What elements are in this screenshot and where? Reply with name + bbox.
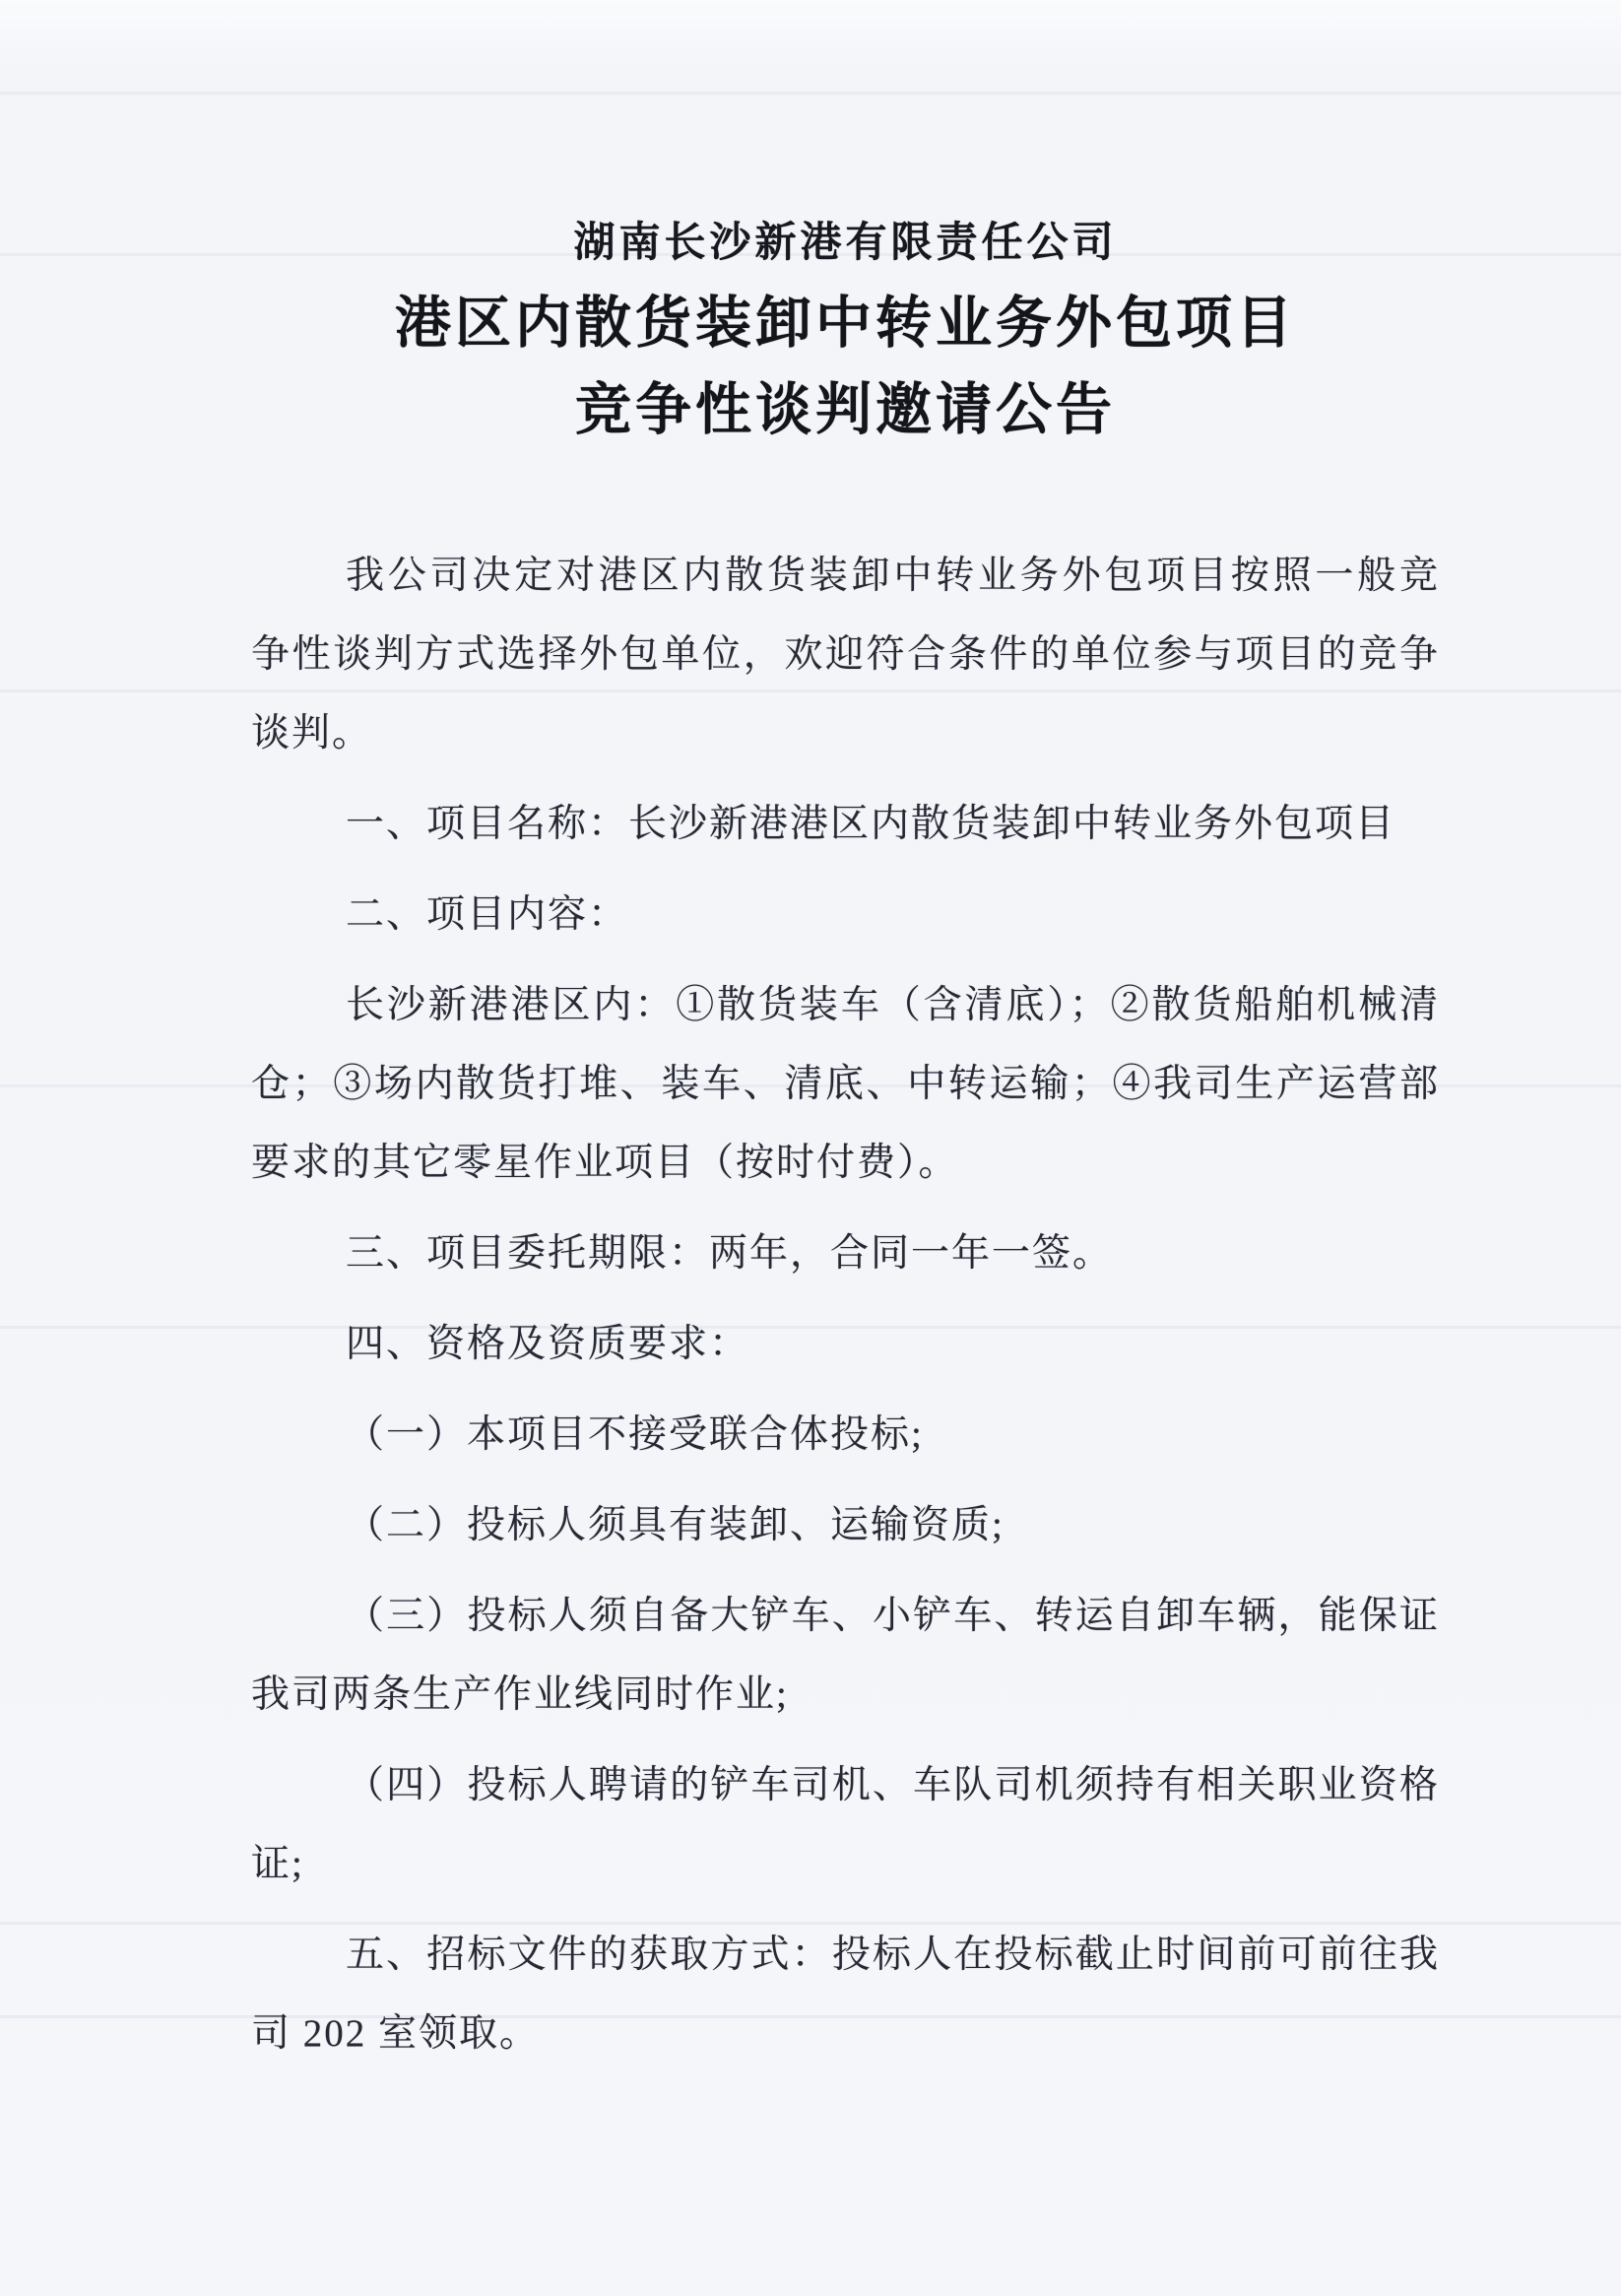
text-line: 一、项目名称：长沙新港港区内散货装卸中转业务外包项目 <box>251 785 1440 864</box>
text-line: （四）投标人聘请的铲车司机、车队司机须持有相关职业资格 <box>251 1746 1440 1825</box>
text-line: 长沙新港港区内：①散货装车（含清底）；②散货船舶机械清 <box>251 966 1440 1045</box>
text-line: 要求的其它零星作业项目（按时付费）。 <box>251 1124 1440 1203</box>
text-line: 仓；③场内散货打堆、装车、清底、中转运输；④我司生产运营部 <box>251 1045 1440 1124</box>
company-name-heading: 湖南长沙新港有限责任公司 <box>251 217 1440 268</box>
text-line: （三）投标人须自备大铲车、小铲车、转运自卸车辆，能保证 <box>251 1577 1440 1656</box>
project-title-heading: 港区内散货装卸中转业务外包项目 <box>251 290 1440 357</box>
text-line: 四、资格及资质要求： <box>251 1305 1440 1384</box>
text-line: 司 202 室领取。 <box>251 1995 1440 2073</box>
text-line: 我司两条生产作业线同时作业; <box>251 1656 1440 1735</box>
text-line: （二）投标人须具有装卸、运输资质; <box>251 1486 1440 1565</box>
text-line: （一）本项目不接受联合体投标; <box>251 1396 1440 1475</box>
text-line: 谈判。 <box>251 694 1440 773</box>
announcement-title-heading: 竞争性谈判邀请公告 <box>251 376 1440 443</box>
text-line: 三、项目委托期限：两年，合同一年一签。 <box>251 1214 1440 1293</box>
text-line: 二、项目内容： <box>251 876 1440 954</box>
text-line: 我公司决定对港区内散货装卸中转业务外包项目按照一般竞 <box>251 537 1440 616</box>
scan-artifact <box>0 92 1621 95</box>
text-line: 五、招标文件的获取方式：投标人在投标截止时间前可前往我 <box>251 1916 1440 1995</box>
text-line: 争性谈判方式选择外包单位，欢迎符合条件的单位参与项目的竞争 <box>251 616 1440 694</box>
document-body: 我公司决定对港区内散货装卸中转业务外包项目按照一般竞争性谈判方式选择外包单位，欢… <box>251 537 1440 2073</box>
text-line: 证; <box>251 1825 1440 1904</box>
scanned-document-page: 湖南长沙新港有限责任公司 港区内散货装卸中转业务外包项目 竞争性谈判邀请公告 我… <box>0 0 1621 2296</box>
